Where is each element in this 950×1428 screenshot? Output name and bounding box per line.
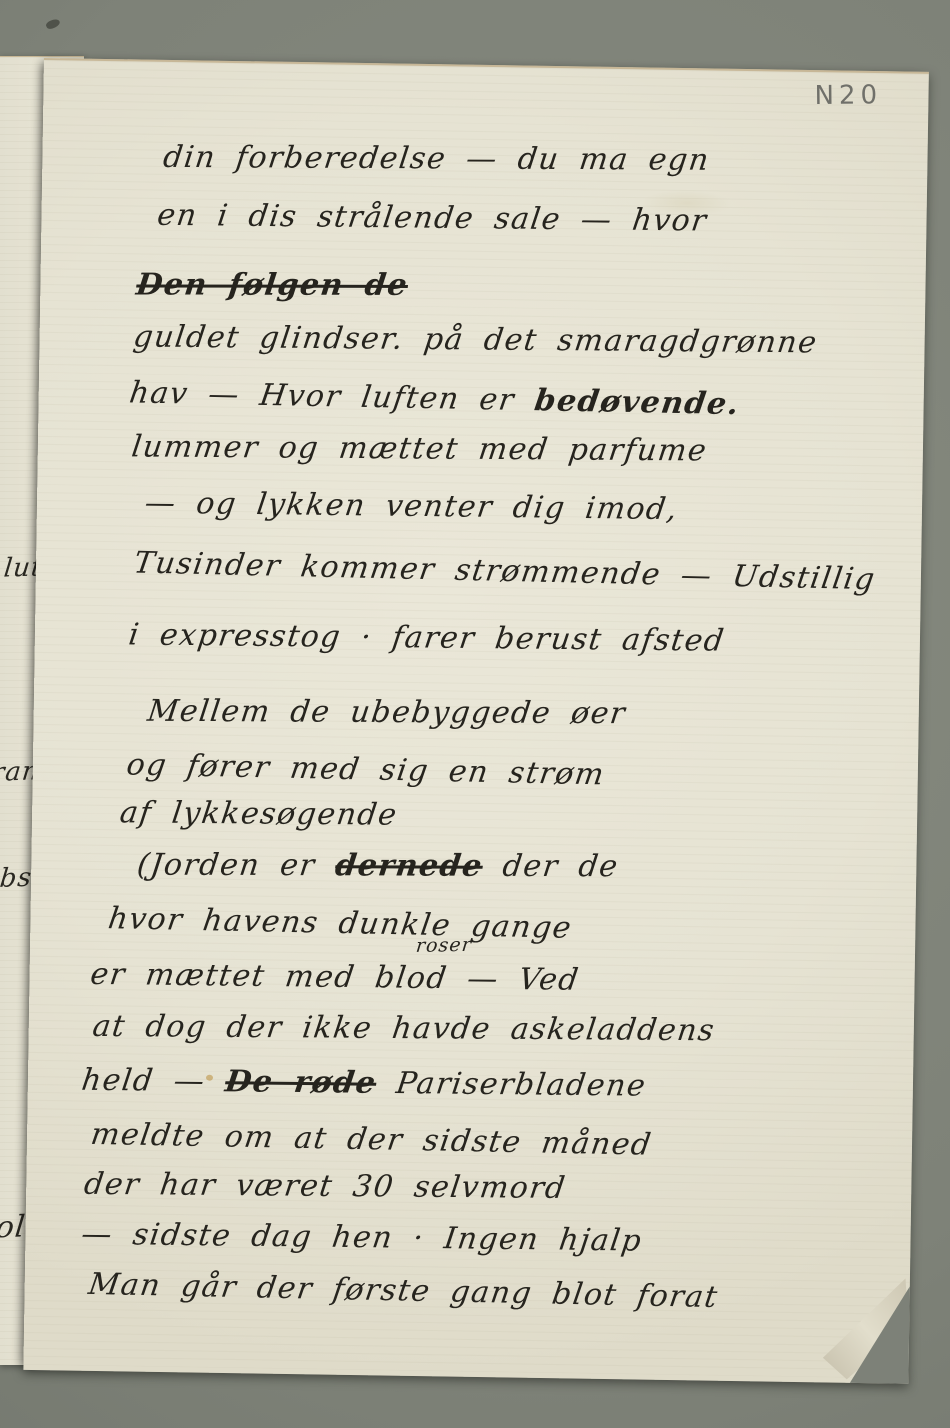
handwriting-line: lummer og mættet med parfume: [130, 429, 710, 468]
handwriting-line: at dog der ikke havde askeladdens: [91, 1009, 718, 1048]
inserted-word: roser: [415, 934, 473, 957]
handwriting-line: Mellem de ubebyggede øer: [146, 694, 629, 731]
handwriting-line: — sidste dag hen · Ingen hjalp: [79, 1217, 644, 1259]
handwriting-line: Tusinder kommer strømmende — Udstillig: [132, 546, 879, 598]
handwriting-line: i expresstog · farer berust afsted: [127, 617, 727, 658]
handwriting-line: der har været 30 selvmord: [82, 1167, 568, 1206]
handwriting-line: meldte om at der sidste måned: [89, 1117, 655, 1163]
handwriting-line: held — De røde Pariserbladene: [80, 1063, 649, 1104]
handwriting-line: guldet glindser. på det smaragdgrønne: [131, 319, 819, 360]
handwriting-line: — og lykken venter dig imod,: [143, 486, 681, 527]
handwriting-line: Man går der første gang blot forat: [86, 1267, 720, 1315]
handwriting-line: hav — Hvor luften er bedøvende.: [127, 375, 742, 422]
handwriting-line: en i dis strålende sale — hvor: [155, 198, 709, 239]
handwriting-line: af lykkesøgende: [118, 795, 400, 832]
handwriting-line: hvor havens dunkle gange: [106, 901, 575, 946]
handwriting-line: og fører med sig en strøm: [124, 747, 607, 792]
handwriting-line: Den følgen de: [134, 267, 410, 302]
manuscript-page: N20 din forberedelse — du ma egn en i di…: [23, 58, 928, 1384]
pencil-catalog-number: N20: [815, 80, 883, 111]
handwriting-line: (Jorden er dernede der de: [135, 848, 621, 885]
handwriting-line: din forberedelse — du ma egn: [161, 140, 712, 178]
handwriting-line: er mættet med blod — Ved: [88, 957, 581, 998]
